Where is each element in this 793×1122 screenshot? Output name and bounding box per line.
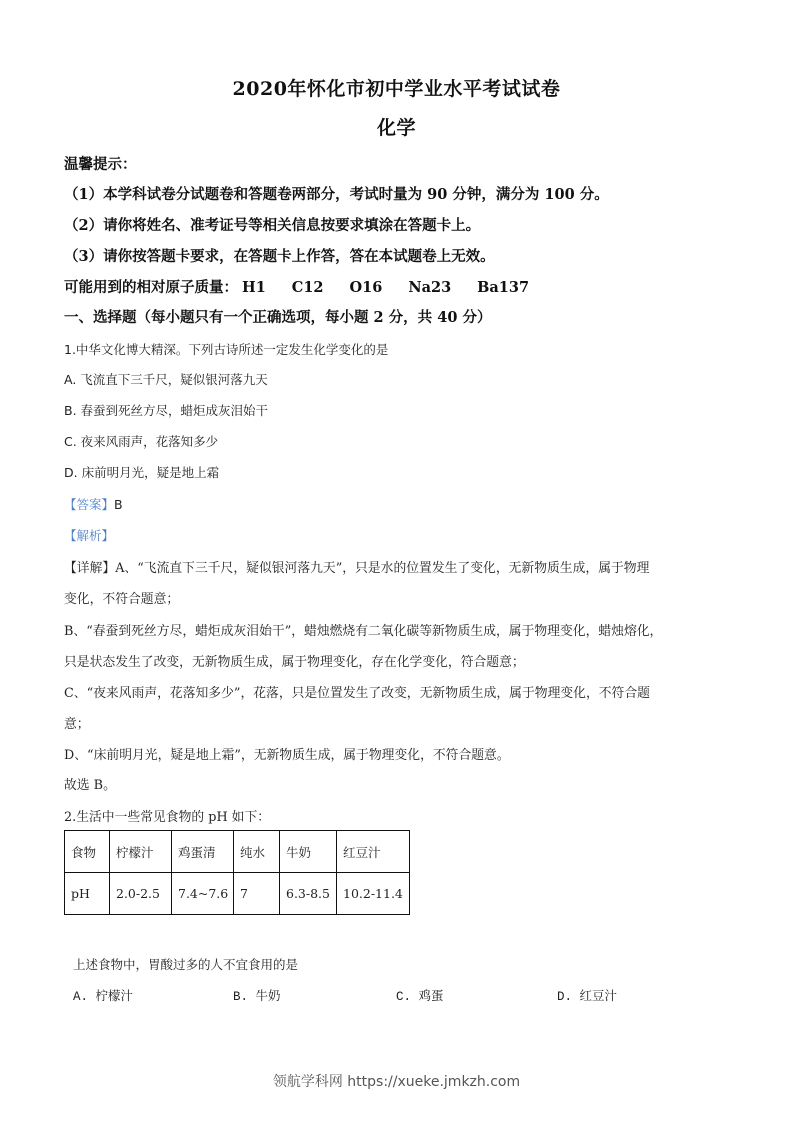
q1-option-d: D. 床前明月光，疑是地上霜 [64, 463, 219, 481]
q1-option-c: C. 夜来风雨声，花落知多少 [64, 432, 218, 450]
q2-option-b: B. 牛奶 [233, 986, 281, 1004]
exam-title: 2020年怀化市初中学业水平考试试卷 [0, 74, 793, 101]
table-cell: 10.2-11.4 [337, 873, 410, 915]
atomic-mass-line: 可能用到的相对原子质量：H1C12O16Na23Ba137 [64, 276, 555, 297]
explanation-line-7: D、“床前明月光，疑是地上霜”，无新物质生成，属于物理变化，不符合题意。 [64, 744, 510, 763]
q1-option-a: A. 飞流直下三千尺，疑似银河落九天 [64, 370, 268, 388]
atomic-mass-o: O16 [350, 279, 383, 296]
explanation-line-6: 意； [64, 713, 90, 732]
q2-option-d: D. 红豆汁 [557, 986, 617, 1004]
footer-watermark: 领航学科网 https://xueke.jmkzh.com [0, 1071, 793, 1091]
atomic-mass-ba: Ba137 [477, 279, 529, 296]
table-cell: 7.4~7.6 [172, 873, 234, 915]
explanation-line-8: 故选 B。 [64, 774, 116, 793]
table-row: pH 2.0-2.5 7.4~7.6 7 6.3-8.5 10.2-11.4 [65, 873, 410, 915]
explanation-line-2: 变化，不符合题意； [64, 588, 179, 607]
q2-question: 上述食物中，胃酸过多的人不宜食用的是 [73, 955, 298, 973]
tips-heading: 温馨提示： [64, 153, 137, 174]
atomic-mass-na: Na23 [408, 279, 451, 296]
tip-item-2: （2）请你将姓名、准考证号等相关信息按要求填涂在答题卡上。 [64, 214, 480, 235]
atomic-mass-c: C12 [292, 279, 324, 296]
table-cell: 7 [234, 873, 280, 915]
ph-table: 食物 柠檬汁 鸡蛋清 纯水 牛奶 红豆汁 pH 2.0-2.5 7.4~7.6 … [64, 830, 410, 915]
table-cell: 6.3-8.5 [280, 873, 337, 915]
answer-value: B [114, 497, 123, 512]
q2-option-c: C. 鸡蛋 [396, 986, 444, 1004]
analysis-label: 【解析】 [64, 526, 114, 544]
q1-answer: 【答案】B [64, 495, 123, 513]
table-header-row: 食物 柠檬汁 鸡蛋清 纯水 牛奶 红豆汁 [65, 831, 410, 873]
table-cell: 2.0-2.5 [110, 873, 172, 915]
table-cell: 鸡蛋清 [172, 831, 234, 873]
q1-stem: 1.中华文化博大精深。下列古诗所述一定发生化学变化的是 [64, 340, 388, 358]
explanation-line-3: B、“春蚕到死丝方尽，蜡炬成灰泪始干”，蜡烛燃烧有二氧化碳等新物质生成，属于物理… [64, 620, 662, 639]
answer-label: 【答案】 [64, 497, 114, 512]
table-cell: 柠檬汁 [110, 831, 172, 873]
explanation-line-5: C、“夜来风雨声，花落知多少”，花落，只是位置发生了改变，无新物质生成，属于物理… [64, 682, 650, 701]
atomic-mass-label: 可能用到的相对原子质量： [64, 276, 238, 297]
explanation-line-1: 【详解】A、“飞流直下三千尺，疑似银河落九天”，只是水的位置发生了变化，无新物质… [64, 557, 649, 576]
table-cell: 牛奶 [280, 831, 337, 873]
q2-stem: 2.生活中一些常见食物的 pH 如下： [64, 806, 270, 825]
table-cell: 食物 [65, 831, 110, 873]
table-cell: pH [65, 873, 110, 915]
table-cell: 纯水 [234, 831, 280, 873]
tip-item-1: （1）本学科试卷分试题卷和答题卷两部分，考试时量为 90 分钟，满分为 100 … [64, 183, 609, 204]
explanation-line-4: 只是状态发生了改变，无新物质生成，属于物理变化，存在化学变化，符合题意； [64, 651, 525, 670]
q2-option-a: A. 柠檬汁 [73, 986, 133, 1004]
subject-title: 化学 [0, 113, 793, 140]
section-heading: 一、选择题（每小题只有一个正确选项，每小题 2 分，共 40 分） [64, 306, 491, 327]
table-cell: 红豆汁 [337, 831, 410, 873]
tip-item-3: （3）请你按答题卡要求，在答题卡上作答，答在本试题卷上无效。 [64, 245, 495, 266]
atomic-mass-h: H1 [242, 279, 266, 296]
q1-option-b: B. 春蚕到死丝方尽，蜡炬成灰泪始干 [64, 401, 268, 419]
